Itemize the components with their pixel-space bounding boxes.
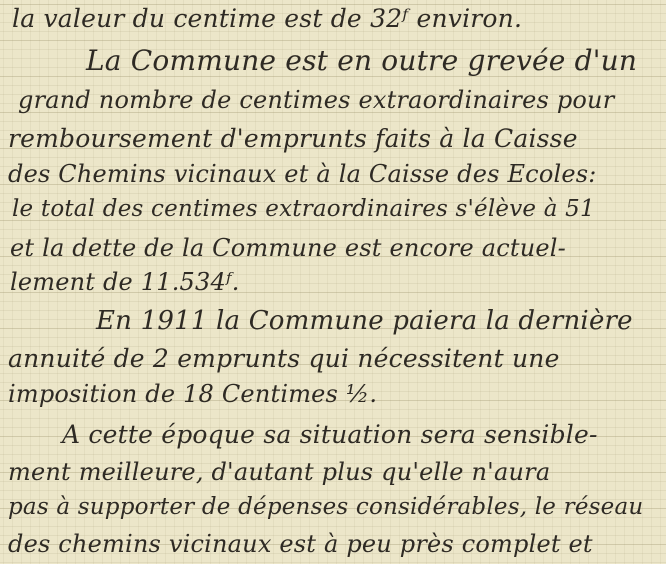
text-line: la valeur du centime est de 32ᶠ environ. xyxy=(12,4,522,33)
text-line: annuité de 2 emprunts qui nécessitent un… xyxy=(8,344,560,373)
text-line: le total des centimes extraordinaires s'… xyxy=(12,196,595,222)
text-line: A cette époque sa situation sera sensibl… xyxy=(62,420,598,449)
text-line: et la dette de la Commune est encore act… xyxy=(10,234,566,262)
text-line: grand nombre de centimes extraordinaires… xyxy=(18,86,614,114)
text-line: lement de 11.534ᶠ. xyxy=(10,268,240,296)
text-line: pas à supporter de dépenses considérable… xyxy=(8,494,643,520)
manuscript-page: la valeur du centime est de 32ᶠ environ.… xyxy=(0,0,666,564)
text-line: La Commune est en outre grevée d'un xyxy=(86,44,637,77)
text-line: remboursement d'emprunts faits à la Cais… xyxy=(8,124,578,153)
text-line: ment meilleure, d'autant plus qu'elle n'… xyxy=(8,458,550,486)
text-line: En 1911 la Commune paiera la dernière xyxy=(96,306,633,336)
text-line: imposition de 18 Centimes ½. xyxy=(8,380,377,408)
text-line: des chemins vicinaux est à peu près comp… xyxy=(8,530,593,558)
text-line: des Chemins vicinaux et à la Caisse des … xyxy=(8,160,597,188)
